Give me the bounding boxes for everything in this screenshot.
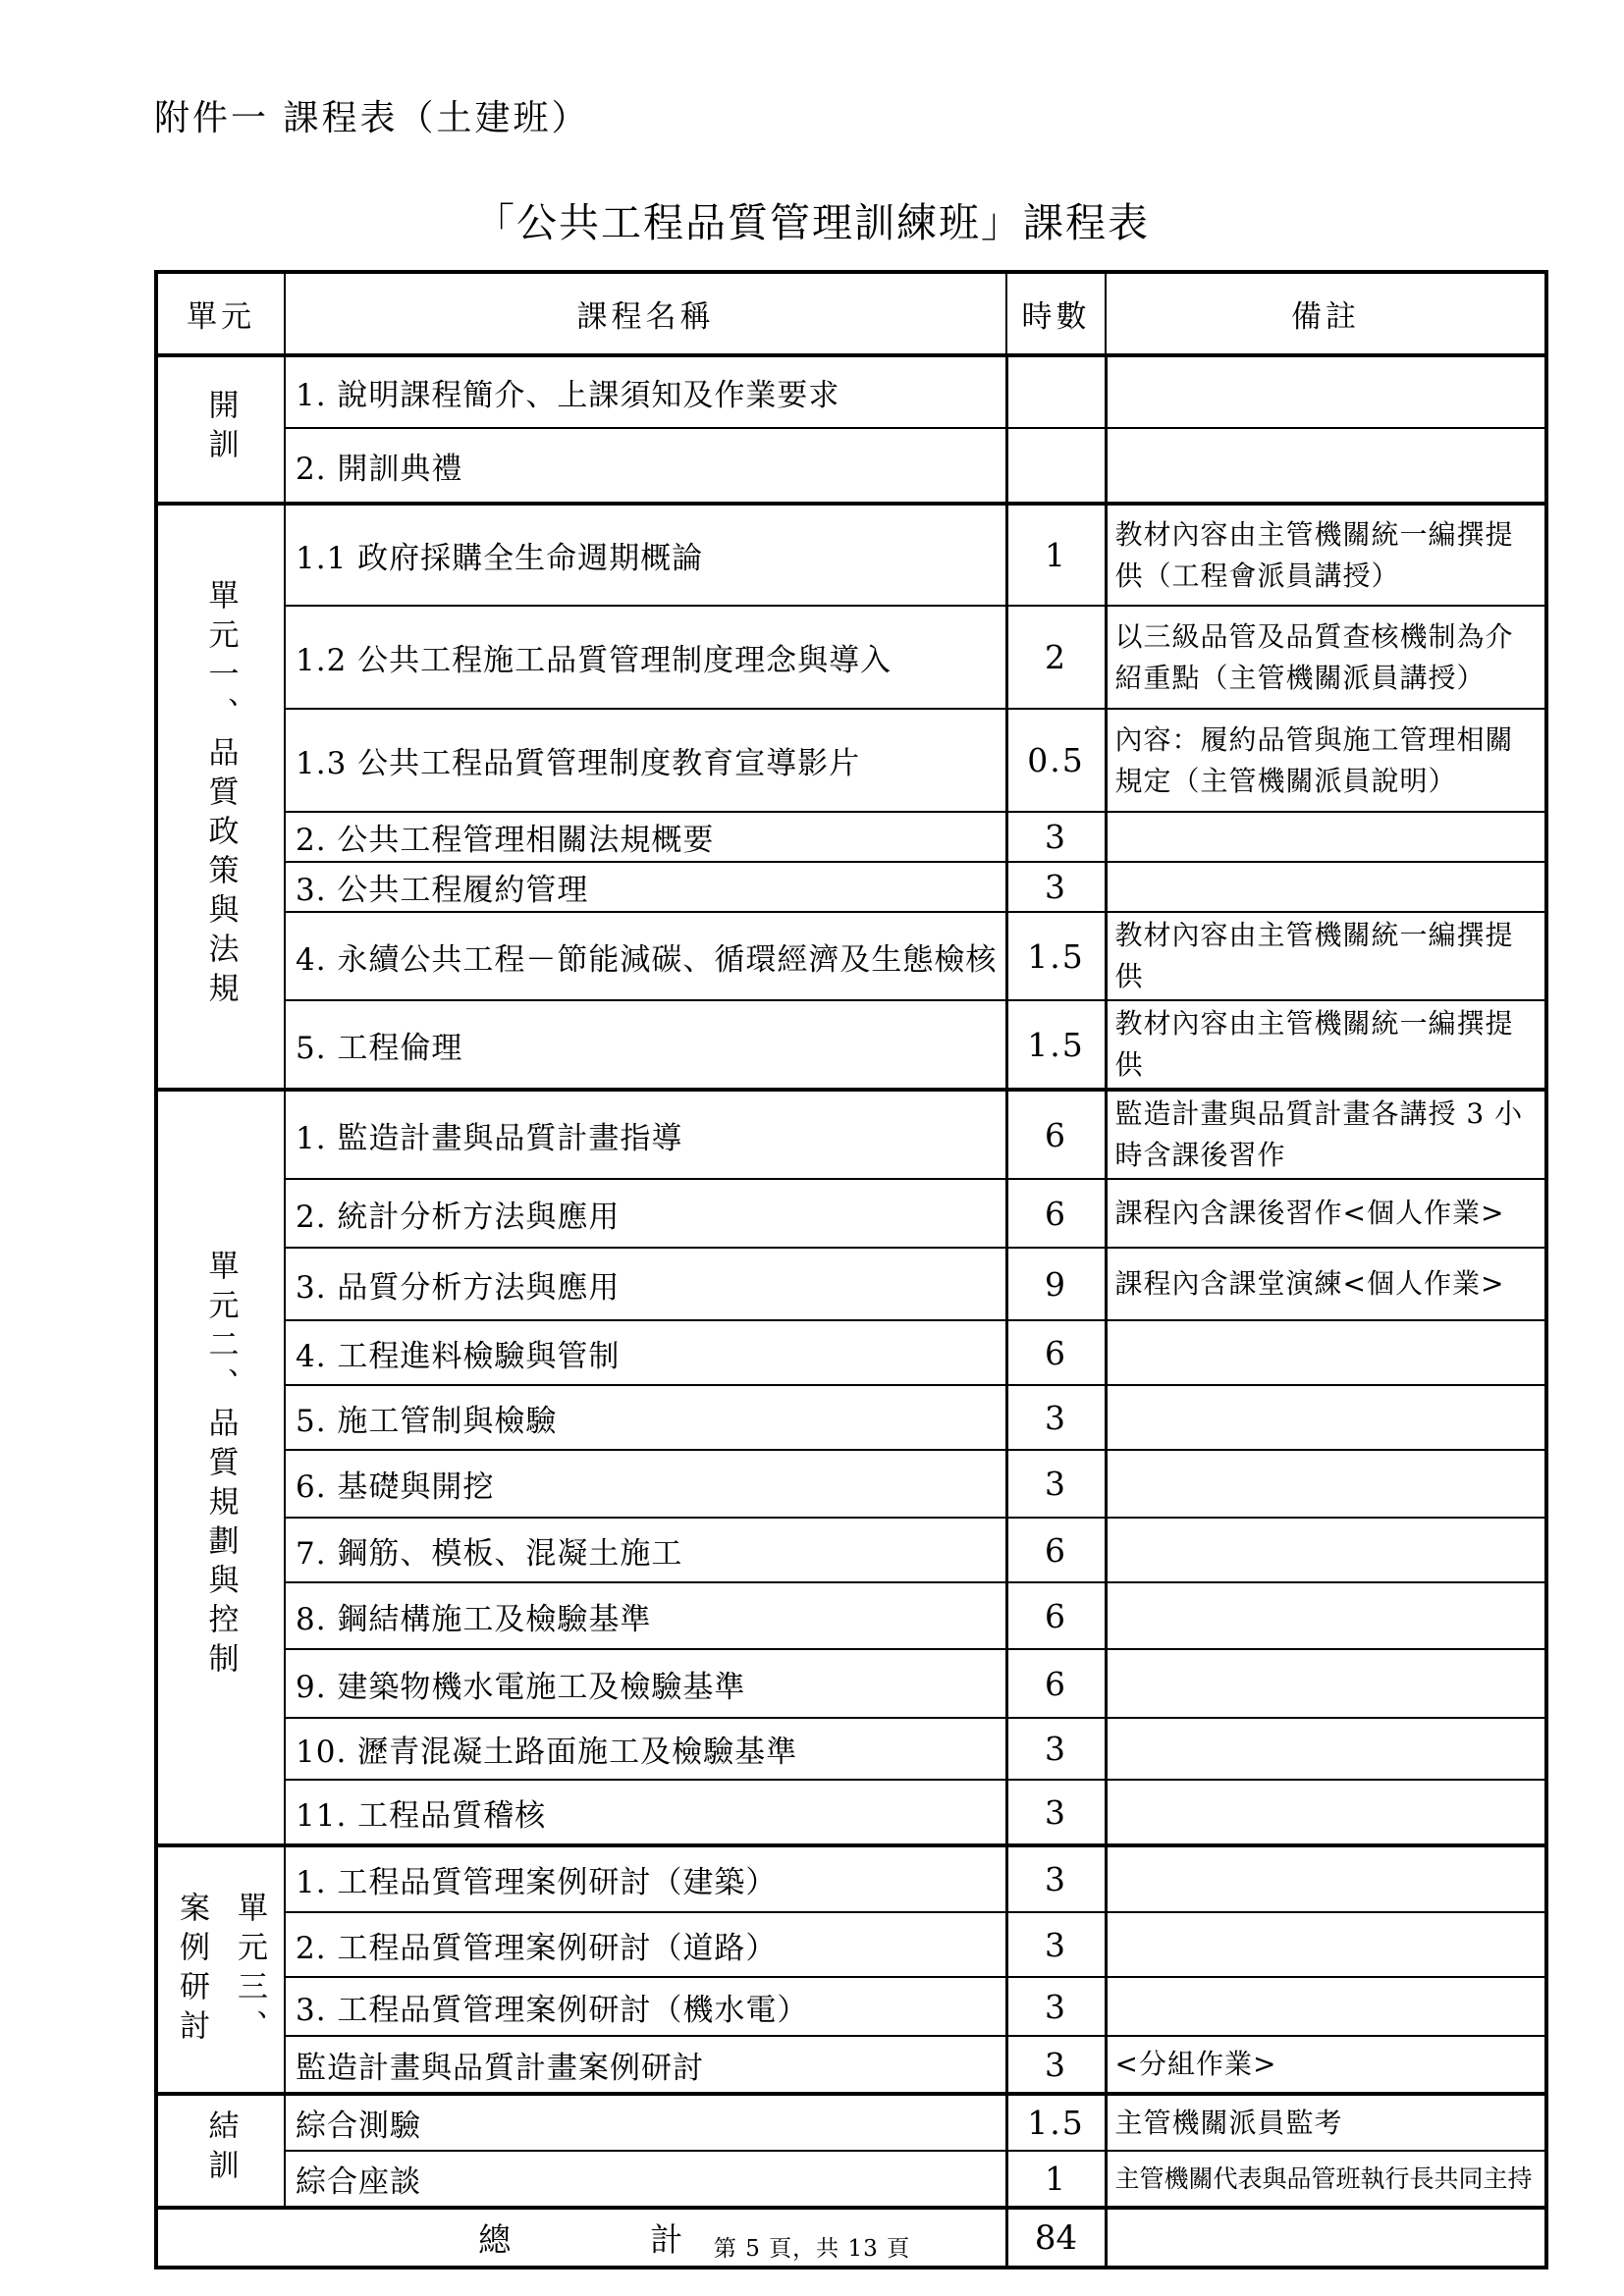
hours-cell: 3 <box>1006 1912 1106 1977</box>
hours-cell: 6 <box>1006 1179 1106 1248</box>
table-header-row: 單元 課程名稱 時數 備註 <box>156 272 1546 355</box>
table-body: 開訓1. 說明課程簡介、上課須知及作業要求2. 開訓典禮單元一、品質政策與法規1… <box>156 355 1546 2208</box>
course-name-cell: 1.3 公共工程品質管理制度教育宣導影片 <box>285 709 1006 812</box>
hours-cell: 3 <box>1006 1845 1106 1912</box>
course-name-cell: 6. 基礎與開挖 <box>285 1450 1006 1518</box>
unit-cell: 結訓 <box>156 2094 285 2208</box>
course-name-cell: 4. 永續公共工程－節能減碳、循環經濟及生態檢核 <box>285 912 1006 1000</box>
unit-label: 開訓 <box>199 389 244 467</box>
remarks-cell <box>1106 1845 1546 1912</box>
table-row: 8. 鋼結構施工及檢驗基準6 <box>156 1582 1546 1649</box>
remarks-cell: 教材內容由主管機關統一編撰提供 <box>1106 912 1546 1000</box>
table-row: 10. 瀝青混凝土路面施工及檢驗基準3 <box>156 1718 1546 1780</box>
remarks-cell <box>1106 355 1546 428</box>
course-name-cell: 5. 施工管制與檢驗 <box>285 1385 1006 1450</box>
table-row: 7. 鋼筋、模板、混凝土施工6 <box>156 1518 1546 1582</box>
remarks-cell: 教材內容由主管機關統一編撰提供 <box>1106 1000 1546 1090</box>
table-row: 3. 工程品質管理案例研討（機水電）3 <box>156 1977 1546 2036</box>
table-row: 1.2 公共工程施工品質管理制度理念與導入2以三級品管及品質查核機制為介紹重點（… <box>156 606 1546 709</box>
column-header-unit: 單元 <box>156 272 285 355</box>
course-name-cell: 9. 建築物機水電施工及檢驗基準 <box>285 1649 1006 1718</box>
table-row: 9. 建築物機水電施工及檢驗基準6 <box>156 1649 1546 1718</box>
course-schedule-table: 單元 課程名稱 時數 備註 開訓1. 說明課程簡介、上課須知及作業要求2. 開訓… <box>154 270 1548 2269</box>
remarks-cell <box>1106 1320 1546 1385</box>
page-number-footer: 第 5 頁，共 13 頁 <box>0 2230 1624 2263</box>
hours-cell: 3 <box>1006 862 1106 912</box>
attachment-header: 附件一 課程表（土建班） <box>154 90 589 140</box>
course-name-cell: 3. 品質分析方法與應用 <box>285 1248 1006 1320</box>
table-row: 6. 基礎與開挖3 <box>156 1450 1546 1518</box>
hours-cell: 2 <box>1006 606 1106 709</box>
table-row: 結訓綜合測驗1.5主管機關派員監考 <box>156 2094 1546 2151</box>
remarks-cell: 課程內含課堂演練<個人作業> <box>1106 1248 1546 1320</box>
hours-cell: 3 <box>1006 1977 1106 2036</box>
hours-cell: 0.5 <box>1006 709 1106 812</box>
column-header-course: 課程名稱 <box>285 272 1006 355</box>
table-row: 4. 工程進料檢驗與管制6 <box>156 1320 1546 1385</box>
course-name-cell: 7. 鋼筋、模板、混凝土施工 <box>285 1518 1006 1582</box>
hours-cell: 6 <box>1006 1320 1106 1385</box>
table-row: 3. 品質分析方法與應用9課程內含課堂演練<個人作業> <box>156 1248 1546 1320</box>
table-row: 2. 開訓典禮 <box>156 428 1546 504</box>
course-name-cell: 綜合測驗 <box>285 2094 1006 2151</box>
table-row: 11. 工程品質稽核3 <box>156 1780 1546 1845</box>
hours-cell: 6 <box>1006 1518 1106 1582</box>
column-header-hours: 時數 <box>1006 272 1106 355</box>
unit-cell: 單元二、品質規劃與控制 <box>156 1090 285 1845</box>
hours-cell: 1.5 <box>1006 1000 1106 1090</box>
remarks-cell <box>1106 1518 1546 1582</box>
table-row: 2. 統計分析方法與應用6課程內含課後習作<個人作業> <box>156 1179 1546 1248</box>
hours-cell <box>1006 428 1106 504</box>
table-row: 2. 工程品質管理案例研討（道路）3 <box>156 1912 1546 1977</box>
remarks-cell <box>1106 428 1546 504</box>
table-row: 1.3 公共工程品質管理制度教育宣導影片0.5內容：履約品管與施工管理相關規定（… <box>156 709 1546 812</box>
table-row: 綜合座談1主管機關代表與品管班執行長共同主持 <box>156 2151 1546 2208</box>
remarks-cell <box>1106 1385 1546 1450</box>
unit-label: 單元二、品質規劃與控制 <box>199 1250 244 1682</box>
remarks-cell: 教材內容由主管機關統一編撰提供（工程會派員講授） <box>1106 504 1546 606</box>
remarks-cell <box>1106 1780 1546 1845</box>
remarks-cell <box>1106 812 1546 862</box>
course-name-cell: 2. 工程品質管理案例研討（道路） <box>285 1912 1006 1977</box>
course-name-cell: 3. 工程品質管理案例研討（機水電） <box>285 1977 1006 2036</box>
course-name-cell: 1.1 政府採購全生命週期概論 <box>285 504 1006 606</box>
course-name-cell: 10. 瀝青混凝土路面施工及檢驗基準 <box>285 1718 1006 1780</box>
hours-cell: 3 <box>1006 1450 1106 1518</box>
table-row: 單元二、品質規劃與控制1. 監造計畫與品質計畫指導6監造計畫與品質計畫各講授 3… <box>156 1090 1546 1179</box>
hours-cell: 3 <box>1006 1385 1106 1450</box>
hours-cell: 1.5 <box>1006 912 1106 1000</box>
page-title: 「公共工程品質管理訓練班」課程表 <box>0 190 1624 248</box>
table-header: 單元 課程名稱 時數 備註 <box>156 272 1546 355</box>
unit-label-columns: 單元三、案例研討 <box>158 1892 284 2049</box>
course-name-cell: 11. 工程品質稽核 <box>285 1780 1006 1845</box>
table-row: 開訓1. 說明課程簡介、上課須知及作業要求 <box>156 355 1546 428</box>
course-name-cell: 1.2 公共工程施工品質管理制度理念與導入 <box>285 606 1006 709</box>
unit-label: 結訓 <box>199 2109 244 2188</box>
table-row: 監造計畫與品質計畫案例研討3<分組作業> <box>156 2036 1546 2094</box>
table-row: 單元一、品質政策與法規1.1 政府採購全生命週期概論1教材內容由主管機關統一編撰… <box>156 504 1546 606</box>
remarks-cell: 主管機關代表與品管班執行長共同主持 <box>1106 2151 1546 2208</box>
course-name-cell: 1. 說明課程簡介、上課須知及作業要求 <box>285 355 1006 428</box>
course-name-cell: 2. 統計分析方法與應用 <box>285 1179 1006 1248</box>
remarks-cell <box>1106 1977 1546 2036</box>
table-row: 單元三、案例研討1. 工程品質管理案例研討（建築）3 <box>156 1845 1546 1912</box>
hours-cell: 6 <box>1006 1090 1106 1179</box>
remarks-cell <box>1106 1912 1546 1977</box>
unit-label: 單元一、品質政策與法規 <box>199 579 244 1011</box>
remarks-cell <box>1106 862 1546 912</box>
course-name-cell: 1. 監造計畫與品質計畫指導 <box>285 1090 1006 1179</box>
course-name-cell: 4. 工程進料檢驗與管制 <box>285 1320 1006 1385</box>
table-row: 2. 公共工程管理相關法規概要3 <box>156 812 1546 862</box>
course-name-cell: 2. 開訓典禮 <box>285 428 1006 504</box>
document-page: 附件一 課程表（土建班） 「公共工程品質管理訓練班」課程表 單元 課程名稱 時數… <box>0 0 1624 2296</box>
unit-label: 案例研討 <box>170 1892 214 2049</box>
unit-label: 單元三、 <box>228 1892 272 2049</box>
remarks-cell: 以三級品管及品質查核機制為介紹重點（主管機關派員講授） <box>1106 606 1546 709</box>
column-header-remarks: 備註 <box>1106 272 1546 355</box>
hours-cell: 9 <box>1006 1248 1106 1320</box>
remarks-cell: 監造計畫與品質計畫各講授 3 小時含課後習作 <box>1106 1090 1546 1179</box>
remarks-cell <box>1106 1450 1546 1518</box>
remarks-cell: 主管機關派員監考 <box>1106 2094 1546 2151</box>
table-row: 5. 工程倫理1.5教材內容由主管機關統一編撰提供 <box>156 1000 1546 1090</box>
remarks-cell <box>1106 1582 1546 1649</box>
remarks-cell: 內容：履約品管與施工管理相關規定（主管機關派員說明） <box>1106 709 1546 812</box>
table-row: 5. 施工管制與檢驗3 <box>156 1385 1546 1450</box>
remarks-cell: <分組作業> <box>1106 2036 1546 2094</box>
table-row: 3. 公共工程履約管理3 <box>156 862 1546 912</box>
hours-cell <box>1006 355 1106 428</box>
course-name-cell: 3. 公共工程履約管理 <box>285 862 1006 912</box>
course-name-cell: 1. 工程品質管理案例研討（建築） <box>285 1845 1006 1912</box>
hours-cell: 1 <box>1006 504 1106 606</box>
table-row: 4. 永續公共工程－節能減碳、循環經濟及生態檢核1.5教材內容由主管機關統一編撰… <box>156 912 1546 1000</box>
hours-cell: 3 <box>1006 1780 1106 1845</box>
course-name-cell: 綜合座談 <box>285 2151 1006 2208</box>
remarks-cell <box>1106 1718 1546 1780</box>
hours-cell: 6 <box>1006 1649 1106 1718</box>
course-name-cell: 8. 鋼結構施工及檢驗基準 <box>285 1582 1006 1649</box>
course-name-cell: 2. 公共工程管理相關法規概要 <box>285 812 1006 862</box>
hours-cell: 6 <box>1006 1582 1106 1649</box>
course-name-cell: 5. 工程倫理 <box>285 1000 1006 1090</box>
unit-cell: 單元三、案例研討 <box>156 1845 285 2094</box>
hours-cell: 1.5 <box>1006 2094 1106 2151</box>
hours-cell: 1 <box>1006 2151 1106 2208</box>
remarks-cell <box>1106 1649 1546 1718</box>
hours-cell: 3 <box>1006 2036 1106 2094</box>
unit-cell: 開訓 <box>156 355 285 504</box>
hours-cell: 3 <box>1006 1718 1106 1780</box>
course-name-cell: 監造計畫與品質計畫案例研討 <box>285 2036 1006 2094</box>
hours-cell: 3 <box>1006 812 1106 862</box>
remarks-cell: 課程內含課後習作<個人作業> <box>1106 1179 1546 1248</box>
unit-cell: 單元一、品質政策與法規 <box>156 504 285 1090</box>
